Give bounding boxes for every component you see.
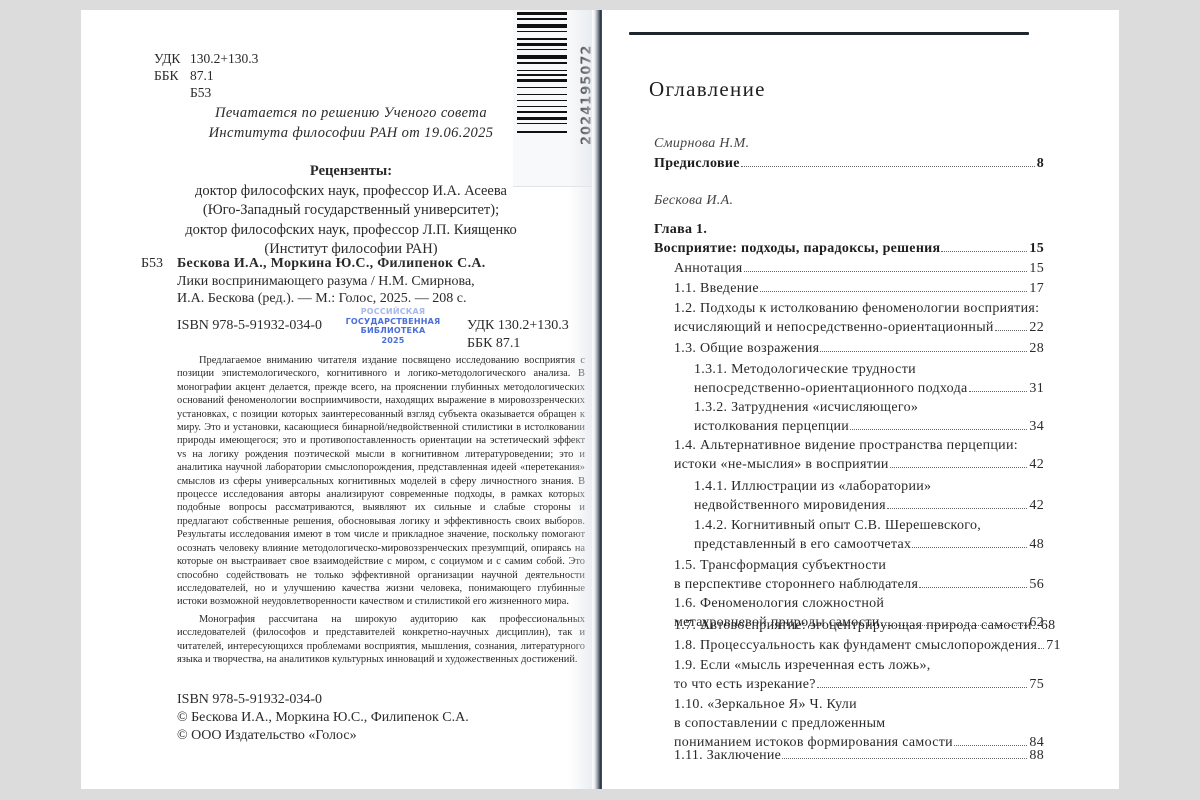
barcode-bar	[517, 24, 567, 28]
toc-page-number: 56	[1029, 575, 1044, 594]
toc-page-number: 71	[1046, 636, 1061, 655]
bibliographic-authors: Бескова И.А., Моркина Ю.С., Филипенок С.…	[177, 255, 591, 273]
barcode-bar	[517, 123, 567, 124]
gutter-shadow	[569, 10, 593, 789]
toc-leader-dots	[741, 166, 1035, 167]
approval-line: Института философии РАН от 19.06.2025	[181, 123, 521, 143]
barcode-bar	[517, 70, 567, 71]
toc-entry[interactable]: 1.3.1. Методологические трудностинепосре…	[694, 360, 1044, 398]
toc-entry-title: Восприятие: подходы, парадоксы, решения	[654, 239, 940, 258]
toc-title: Оглавление	[649, 77, 766, 102]
bibliographic-publisher: И.А. Бескова (ред.). — М.: Голос, 2025. …	[177, 290, 591, 308]
bbk-repeat: ББК 87.1	[467, 335, 569, 353]
toc-entry[interactable]: 1.4.1. Иллюстрации из «лаборатории»недво…	[694, 477, 1044, 515]
abstract-paragraph: Монография рассчитана на широкую аудитор…	[177, 613, 585, 667]
toc-entry-title: 1.3. Общие возражения	[674, 339, 819, 358]
toc-entry[interactable]: 1.4.2. Когнитивный опыт С.В. Шерешевског…	[694, 516, 1044, 554]
reviewers-block: Рецензенты: доктор философских наук, про…	[131, 162, 571, 260]
copyright-authors: © Бескова И.А., Моркина Ю.С., Филипенок …	[177, 709, 469, 727]
barcode-bar	[517, 106, 567, 107]
isbn: ISBN 978-5-91932-034-0	[177, 318, 322, 333]
toc-entry-title: истоки «не-мыслия» в восприятии	[674, 455, 889, 474]
toc-page-number: 48	[1029, 535, 1044, 554]
toc-leader-dots	[760, 291, 1028, 292]
copyright-block: ISBN 978-5-91932-034-0 © Бескова И.А., М…	[177, 691, 469, 745]
toc-entry[interactable]: 1.7. Автовосприятие: эгоцентрирующая при…	[674, 616, 1044, 635]
toc-page-number: 22	[1029, 318, 1044, 337]
toc-entry[interactable]: 1.8. Процессуальность как фундамент смыс…	[674, 636, 1044, 655]
udk-repeat: УДК 130.2+130.3	[467, 317, 569, 335]
toc-entry-title: Предисловие	[654, 154, 740, 173]
bbk-row: ББК 87.1	[154, 67, 258, 84]
toc-entry-title: в перспективе стороннего наблюдателя	[674, 575, 918, 594]
barcode-bar	[517, 38, 567, 40]
library-stamp: РОССИЙСКАЯ ГОСУДАРСТВЕННАЯ БИБЛИОТЕКА 20…	[343, 307, 443, 345]
toc-entry-title: недвойственного мировидения	[694, 496, 886, 515]
toc-page-number: 15	[1029, 259, 1044, 278]
toc-entry-title: 1.1. Введение	[674, 279, 759, 298]
toc-entry-title: непосредственно-ориентационного подхода	[694, 379, 968, 398]
udk-value: 130.2+130.3	[190, 50, 258, 67]
author-mark-label	[154, 84, 190, 101]
book-spread: УДК 130.2+130.3 ББК 87.1 Б53 Печатается …	[81, 10, 1119, 789]
publication-approval: Печатается по решению Ученого совета Инс…	[181, 103, 521, 143]
right-page-contents: Оглавление Смирнова Н.М. Бескова И.А. Пр…	[602, 10, 1119, 789]
bibliographic-title: Лики воспринимающего разума / Н.М. Смирн…	[177, 273, 591, 291]
classification-codes: УДК 130.2+130.3 ББК 87.1 Б53	[154, 50, 258, 101]
toc-leader-dots	[919, 587, 1027, 588]
toc-leader-dots	[912, 547, 1027, 548]
toc-leader-dots	[890, 467, 1028, 468]
barcode-bar	[517, 74, 567, 76]
barcode-bar	[517, 131, 567, 133]
reviewer-line: доктор философских наук, профессор И.А. …	[131, 182, 571, 202]
barcode-bar	[517, 43, 567, 46]
toc-entry-title: 1.3.2. Затруднения «исчисляющего»	[694, 398, 918, 417]
toc-page-number: 17	[1029, 279, 1044, 298]
toc-page-number: 31	[1029, 379, 1044, 398]
barcode-bar	[517, 49, 567, 50]
toc-author-smirnova: Смирнова Н.М.	[654, 136, 749, 152]
udk-row: УДК 130.2+130.3	[154, 50, 258, 67]
toc-entry-title: Аннотация	[674, 259, 743, 278]
toc-page-number: 34	[1029, 417, 1044, 436]
reviewer-line: доктор философских наук, профессор Л.П. …	[131, 221, 571, 241]
toc-page-number: 42	[1029, 496, 1044, 515]
toc-entry[interactable]: 1.2. Подходы к истолкованию феноменологи…	[674, 299, 1044, 337]
copyright-publisher: © ООО Издательство «Голос»	[177, 727, 469, 745]
toc-page-number: 8	[1037, 154, 1044, 173]
toc-entry[interactable]: 1.9. Если «мысль изреченная есть ложь»,т…	[674, 656, 1044, 694]
toc-entry-title: 1.4.2. Когнитивный опыт С.В. Шерешевског…	[694, 516, 981, 535]
toc-entry-title: 1.11. Заключение	[674, 746, 781, 765]
author-mark-row: Б53	[154, 84, 258, 101]
toc-entry-title: исчисляющий и непосредственно-ориентацио…	[674, 318, 994, 337]
stamp-line: БИБЛИОТЕКА	[343, 326, 443, 336]
barcode-bar	[517, 55, 567, 59]
toc-entry[interactable]: Предисловие8	[654, 154, 1044, 173]
toc-entry-title: 1.8. Процессуальность как фундамент смыс…	[674, 636, 1037, 655]
barcode-bar	[517, 12, 567, 15]
toc-entry-title: 1.10. «Зеркальное Я» Ч. Кули	[674, 695, 857, 714]
toc-entry[interactable]: 1.1. Введение17	[674, 279, 1044, 298]
toc-entry[interactable]: Глава 1.Восприятие: подходы, парадоксы, …	[654, 220, 1044, 258]
bibliographic-code: Б53	[141, 255, 163, 273]
approval-line: Печатается по решению Ученого совета	[181, 103, 521, 123]
toc-entry[interactable]: Аннотация15	[674, 259, 1044, 278]
toc-author-beskova: Бескова И.А.	[654, 193, 733, 209]
toc-entry-title: истолкования перцепции	[694, 417, 849, 436]
toc-leader-dots	[995, 330, 1028, 331]
toc-page-number: 75	[1029, 675, 1044, 694]
barcode-bar	[517, 100, 567, 101]
toc-entry-title: 1.9. Если «мысль изреченная есть ложь»,	[674, 656, 931, 675]
toc-page-number: 28	[1029, 339, 1044, 358]
toc-entry-title: 1.4.1. Иллюстрации из «лаборатории»	[694, 477, 931, 496]
toc-entry[interactable]: 1.3.2. Затруднения «исчисляющего»истолко…	[694, 398, 1044, 436]
toc-leader-dots	[887, 508, 1027, 509]
toc-entry-title: 1.3.1. Методологические трудности	[694, 360, 916, 379]
barcode-bar	[517, 62, 567, 64]
barcode-bar	[517, 18, 567, 20]
toc-page-number: 68	[1041, 616, 1056, 635]
barcode-bar	[517, 31, 567, 32]
author-mark-value: Б53	[190, 84, 211, 101]
bbk-label: ББК	[154, 67, 190, 84]
abstract-paragraph: Предлагаемое вниманию читателя издание п…	[177, 354, 585, 609]
toc-leader-dots	[817, 687, 1028, 688]
toc-leader-dots	[744, 271, 1028, 272]
bbk-value: 87.1	[190, 67, 214, 84]
copyright-isbn: ISBN 978-5-91932-034-0	[177, 691, 469, 709]
left-page-imprint: УДК 130.2+130.3 ББК 87.1 Б53 Печатается …	[81, 10, 596, 789]
stamp-line: РОССИЙСКАЯ	[343, 307, 443, 317]
stamp-line: 2025	[343, 336, 443, 346]
header-rule	[629, 32, 1029, 35]
toc-leader-dots	[969, 391, 1028, 392]
toc-page-number: 42	[1029, 455, 1044, 474]
toc-leader-dots	[1033, 628, 1039, 629]
toc-entry-title: 1.4. Альтернативное видение пространства…	[674, 436, 1018, 455]
barcode-bar	[517, 87, 567, 88]
toc-page-number: 88	[1029, 746, 1044, 765]
toc-leader-dots	[820, 351, 1027, 352]
toc-entry[interactable]: 1.3. Общие возражения28	[674, 339, 1044, 358]
toc-leader-dots	[1038, 648, 1044, 649]
toc-entry-title: 1.7. Автовосприятие: эгоцентрирующая при…	[674, 616, 1032, 635]
barcode-bar	[517, 79, 567, 82]
toc-entry-title: Глава 1.	[654, 220, 707, 239]
reviewers-title: Рецензенты:	[131, 162, 571, 182]
toc-page-number: 15	[1029, 239, 1044, 258]
toc-entry-title: представленный в его самоотчетах	[694, 535, 911, 554]
toc-entry-title: 1.6. Феноменология сложностной	[674, 594, 884, 613]
udk-label: УДК	[154, 50, 190, 67]
barcode-bar	[517, 117, 567, 120]
bibliographic-record: Б53 Бескова И.А., Моркина Ю.С., Филипено…	[141, 255, 591, 308]
barcode-bar	[517, 94, 567, 95]
toc-entry-title: в сопоставлении с предложенным	[674, 714, 885, 733]
toc-leader-dots	[941, 251, 1027, 252]
toc-entry[interactable]: 1.4. Альтернативное видение пространства…	[674, 436, 1044, 474]
stamp-line: ГОСУДАРСТВЕННАЯ	[343, 317, 443, 327]
toc-entry-title: то что есть изрекание?	[674, 675, 816, 694]
toc-entry-title: 1.2. Подходы к истолкованию феноменологи…	[674, 299, 1039, 318]
barcode-bar	[517, 111, 567, 113]
toc-leader-dots	[850, 429, 1027, 430]
toc-entry[interactable]: 1.11. Заключение88	[674, 746, 1044, 765]
reviewer-line: (Юго-Западный государственный университе…	[131, 201, 571, 221]
toc-entry-title: 1.5. Трансформация субъектности	[674, 556, 886, 575]
toc-entry[interactable]: 1.5. Трансформация субъектностив перспек…	[674, 556, 1044, 594]
toc-leader-dots	[782, 758, 1027, 759]
toc-entry[interactable]: 1.10. «Зеркальное Я» Ч. Кулив сопоставле…	[674, 695, 1044, 752]
